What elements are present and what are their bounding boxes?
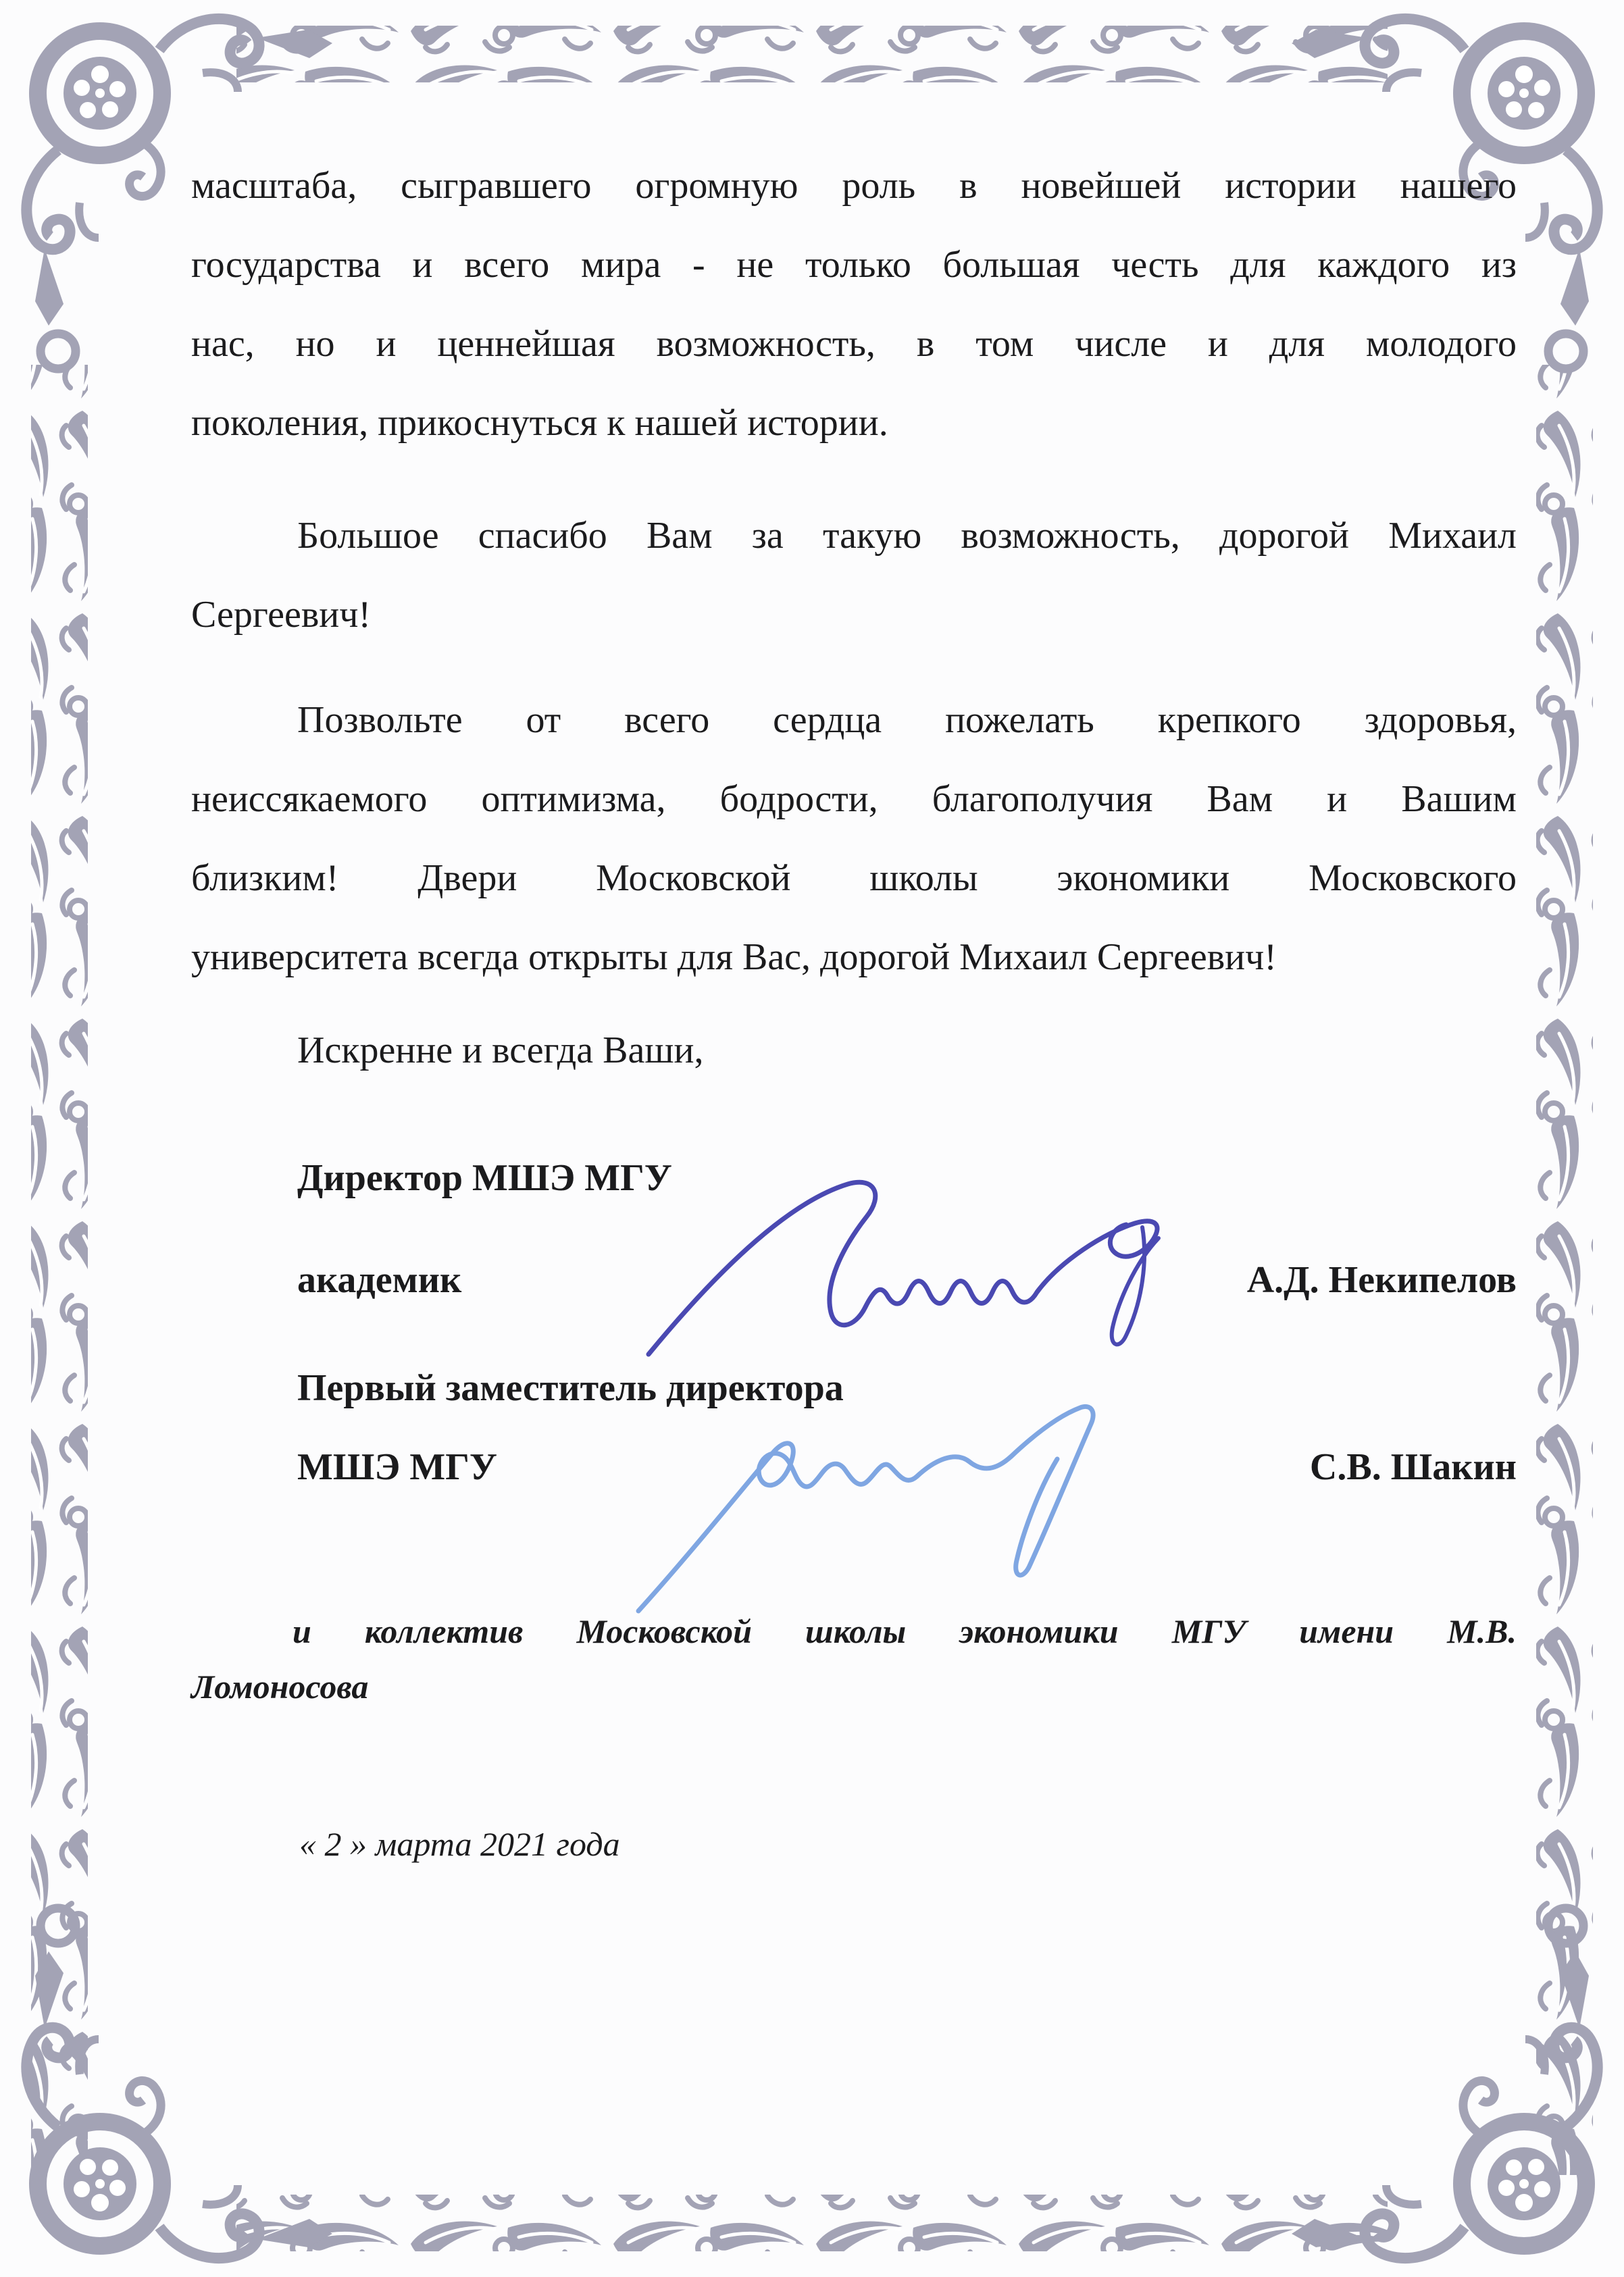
text-line: Позвольте от всего сердца пожелать крепк… <box>191 681 1517 760</box>
paragraph-thanks: Большое спасибо Вам за такую возможность… <box>191 496 1517 655</box>
text-line: Сергеевич! <box>191 575 1517 655</box>
text-line: неиссякаемого оптимизма, бодрости, благо… <box>191 760 1517 839</box>
letter-page: масштаба, сыгравшего огромную роль в нов… <box>0 0 1624 2277</box>
text-line: университета всегда открыты для Вас, дор… <box>191 918 1517 997</box>
text-line: близким! Двери Московской школы экономик… <box>191 839 1517 918</box>
text-line: масштаба, сыгравшего огромную роль в нов… <box>191 147 1517 226</box>
text-line: нас, но и ценнейшая возможность, в том ч… <box>191 305 1517 384</box>
paragraph-continuation: масштаба, сыгравшего огромную роль в нов… <box>191 147 1517 463</box>
signature-shakin <box>618 1378 1240 1621</box>
closing-line: Искренне и всегда Ваши, <box>191 1011 1517 1090</box>
border-band-left <box>31 365 88 2175</box>
border-band-bottom <box>236 2195 1388 2251</box>
paragraph-wishes: Позвольте от всего сердца пожелать крепк… <box>191 681 1517 997</box>
text-line: поколения, прикоснуться к нашей истории. <box>191 384 1517 463</box>
text-line: Большое спасибо Вам за такую возможность… <box>191 496 1517 575</box>
border-band-right <box>1536 365 1593 2175</box>
text-line: и коллектив Московской школы экономики М… <box>191 1604 1517 1659</box>
text-line: государства и всего мира - не только бол… <box>191 226 1517 305</box>
text-line: « 2 » марта 2021 года <box>191 1817 1517 1871</box>
collective-paragraph: и коллектив Московской школы экономики М… <box>191 1604 1517 1714</box>
text-line: Ломоносова <box>191 1659 1517 1714</box>
border-band-top <box>236 26 1388 82</box>
date-line: « 2 » марта 2021 года <box>191 1817 1517 1871</box>
text-line: Искренне и всегда Ваши, <box>191 1011 1517 1090</box>
